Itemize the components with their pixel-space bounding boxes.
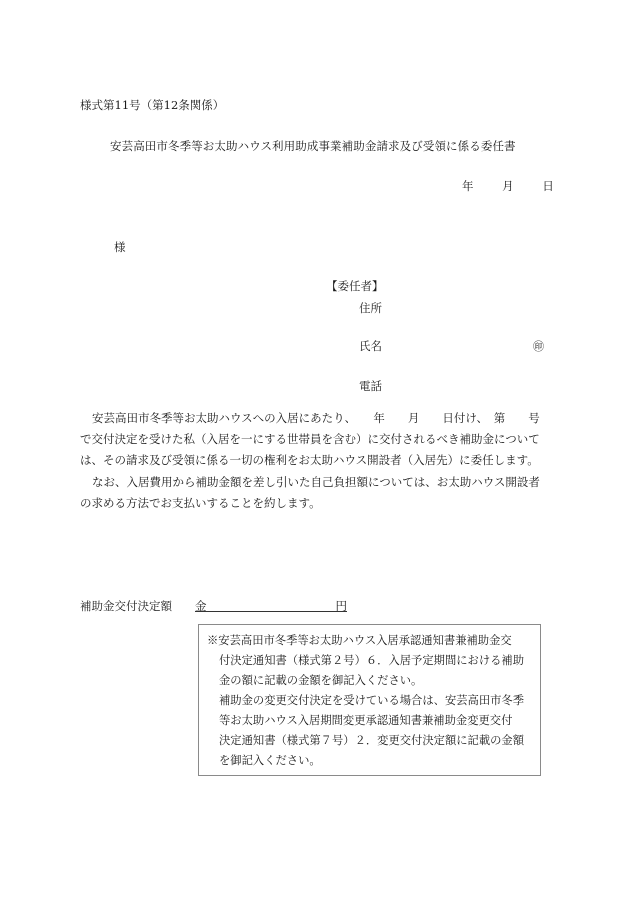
- date-month-label: 月: [502, 178, 514, 194]
- note-line: 決定通知書（様式第７号）２．変更交付決定額に記載の金額: [219, 732, 524, 748]
- note-line: 金の額に記載の金額を御記入ください。: [219, 672, 422, 688]
- paragraph-line: なお、入居費用から補助金額を差し引いた自己負担額については、お太助ハウス開設者: [80, 472, 550, 493]
- address-label: 住所: [359, 300, 382, 316]
- principal-heading: 【委任者】: [326, 278, 384, 294]
- note-line: 補助金の変更交付決定を受けている場合は、安芸高田市冬季: [219, 692, 524, 708]
- instruction-note-box: ※安芸高田市冬季等お太助ハウス入居承認通知書兼補助金交 付決定通知書（様式第２号…: [198, 624, 541, 776]
- paragraph-line: 安芸高田市冬季等お太助ハウスへの入居にあたり、 年 月 日付け、 第 号: [80, 408, 550, 429]
- date-day-label: 日: [542, 178, 554, 194]
- note-line: 等お太助ハウス入居期間変更承認通知書兼補助金変更交付: [219, 712, 512, 728]
- paragraph-line: で交付決定を受けた私（入居を一にする世帯員を含む）に交付されるべき補助金について: [80, 429, 550, 450]
- date-year-label: 年: [462, 178, 474, 194]
- note-line: を御記入ください。: [219, 752, 321, 768]
- delegation-paragraph: 安芸高田市冬季等お太助ハウスへの入居にあたり、 年 月 日付け、 第 号 で交付…: [80, 408, 550, 471]
- phone-label: 電話: [359, 378, 382, 394]
- document-title: 安芸高田市冬季等お太助ハウス利用助成事業補助金請求及び受領に係る委任書: [110, 138, 516, 154]
- paragraph-line: は、その請求及び受領に係る一切の権利をお太助ハウス開設者（入居先）に委任します。: [80, 450, 550, 471]
- amount-suffix: 円: [336, 598, 348, 614]
- paragraph-line: の求める方法でお支払いすることを約します。: [80, 493, 550, 514]
- seal-icon: ㊞: [533, 338, 544, 354]
- note-line: 付決定通知書（様式第２号）６．入居予定期間における補助: [219, 652, 524, 668]
- note-line: ※安芸高田市冬季等お太助ハウス入居承認通知書兼補助金交: [207, 632, 512, 648]
- addressee-suffix: 様: [114, 239, 126, 255]
- subsidy-amount-field[interactable]: 金 円: [195, 596, 347, 612]
- payment-paragraph: なお、入居費用から補助金額を差し引いた自己負担額については、お太助ハウス開設者 …: [80, 472, 550, 514]
- amount-prefix: 金: [195, 598, 207, 614]
- date-field: 年 月 日: [462, 178, 554, 194]
- form-number: 様式第11号（第12条関係）: [80, 97, 224, 113]
- subsidy-amount-label: 補助金交付決定額: [80, 598, 172, 614]
- name-label: 氏名: [359, 338, 382, 354]
